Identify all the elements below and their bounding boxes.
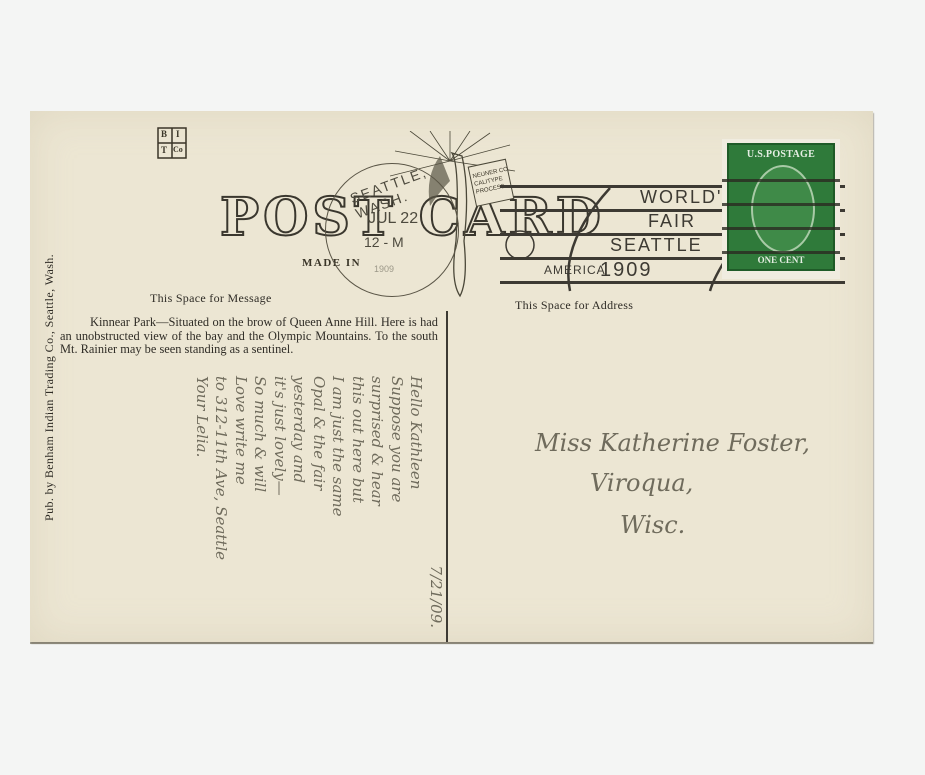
publisher-logo: B I T Co xyxy=(157,127,187,159)
postcard-back: B I T Co POST CARD MADE IN NEUNER CO. CA… xyxy=(30,111,873,642)
publisher-credit: Pub. by Benham Indian Trading Co., Seatt… xyxy=(42,254,57,521)
message-space-label: This Space for Message xyxy=(150,291,272,306)
postmark-circle: SEATTLE, WASH. JUL 22 12 - M 1909 xyxy=(325,163,459,297)
recipient-city: Viroqua, xyxy=(590,469,693,497)
message-date: 7/21/09. xyxy=(426,376,446,638)
address-space-label: This Space for Address xyxy=(515,298,633,313)
recipient-name: Miss Katherine Foster, xyxy=(535,429,810,457)
postage-stamp: U.S.POSTAGE ONE CENT xyxy=(722,139,840,279)
picture-caption: Kinnear Park—Situated on the brow of Que… xyxy=(60,316,438,357)
handwritten-message: 7/21/09. Hello Kathleen Suppose you are … xyxy=(185,376,445,638)
recipient-state: Wisc. xyxy=(620,511,685,539)
center-divider xyxy=(446,311,448,642)
